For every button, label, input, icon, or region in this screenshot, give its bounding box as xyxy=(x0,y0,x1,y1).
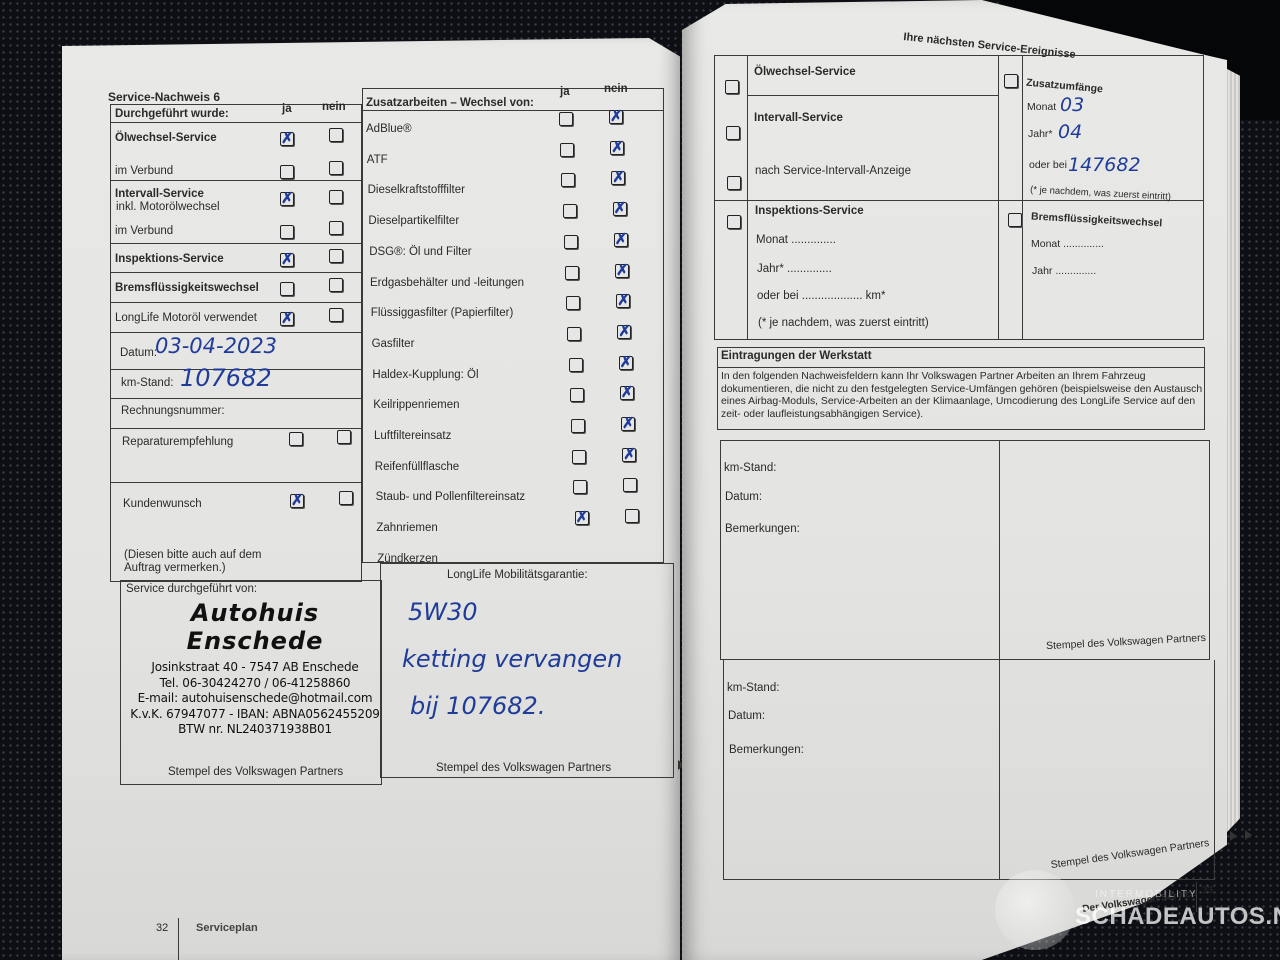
checkbox-nein[interactable] xyxy=(329,249,343,263)
footer-page-right: 33 xyxy=(1202,885,1213,896)
col-nein-2: nein xyxy=(604,83,628,95)
additional-item-label: DSG®: Öl und Filter xyxy=(369,246,471,258)
inspection-label: Inspektions-Service xyxy=(755,205,864,217)
performed-header: Durchgeführt wurde: xyxy=(115,108,229,120)
checkbox-brake[interactable] xyxy=(1008,213,1022,227)
checkbox-ja[interactable] xyxy=(280,132,294,146)
stamp-name-2: Enschede xyxy=(140,628,370,654)
checkbox-ja[interactable] xyxy=(559,112,573,126)
checkbox-nein[interactable] xyxy=(621,417,635,431)
additional-item-label: Dieselkraftstofffilter xyxy=(368,184,465,196)
brake-month: Monat .............. xyxy=(1031,238,1104,250)
stamp-kvk: K.v.K. 67947077 - IBAN: ABNA0562455209 xyxy=(130,707,380,721)
entry1-datum: Datum: xyxy=(725,491,762,503)
entry2-datum: Datum: xyxy=(728,710,765,722)
additional-item-label: Keilrippenriemen xyxy=(373,399,459,411)
performed-item-label: Bremsflüssigkeitswechsel xyxy=(115,282,259,294)
repair-label: Reparaturempfehlung xyxy=(122,436,233,448)
checkbox-nein[interactable] xyxy=(613,202,627,216)
checkbox-nein[interactable] xyxy=(329,278,343,292)
col-ja: ja xyxy=(282,103,292,115)
checkbox-ja[interactable] xyxy=(280,192,294,206)
checkbox-ja[interactable] xyxy=(565,266,579,280)
stamp-tel: Tel. 06-30424270 / 06-41258860 xyxy=(130,676,380,690)
checkbox-nein[interactable] xyxy=(611,171,625,185)
checkbox-ja[interactable] xyxy=(567,327,581,341)
checkbox-ja[interactable] xyxy=(280,282,294,296)
checkbox-ja[interactable] xyxy=(569,358,583,372)
additional-item-label: ATF xyxy=(367,154,388,166)
footer-page-left: 32 xyxy=(156,922,168,934)
col-ja-2: ja xyxy=(560,86,570,98)
checkbox-nein[interactable] xyxy=(614,233,628,247)
checkbox-extra[interactable] xyxy=(1004,74,1018,88)
checkbox-ja[interactable] xyxy=(566,296,580,310)
extra-km-value: 147682 xyxy=(1068,154,1141,176)
col-nein: nein xyxy=(322,101,346,113)
longlife-note-2: ketting vervangen xyxy=(402,645,622,673)
additional-item-label: Reifenfüllflasche xyxy=(375,461,459,473)
checkbox-ja[interactable] xyxy=(572,450,586,464)
checkbox-ja[interactable] xyxy=(280,225,294,239)
checkbox-ja[interactable] xyxy=(280,312,294,326)
stamp-email: E-mail: autohuisenschede@hotmail.com xyxy=(130,691,380,705)
additional-item-label: Gasfilter xyxy=(372,338,415,350)
checkbox-ja[interactable] xyxy=(571,419,585,433)
additional-item-label: Flüssiggasfilter (Papierfilter) xyxy=(371,307,514,319)
entry1-km: km-Stand: xyxy=(724,462,776,474)
checkbox-ja[interactable] xyxy=(570,388,584,402)
stamp-btw: BTW nr. NL240371938B01 xyxy=(130,722,380,736)
checkbox-nein[interactable] xyxy=(329,221,343,235)
datum-value: 03-04-2023 xyxy=(155,334,277,358)
checkbox-nein[interactable] xyxy=(622,448,636,462)
checkbox-repair-ja[interactable] xyxy=(289,432,303,446)
stamp-name-1: Autohuis xyxy=(140,600,370,626)
additional-item-label: Luftfiltereinsatz xyxy=(374,430,451,442)
checkbox-nein[interactable] xyxy=(329,308,343,322)
performed-item-label: im Verbund xyxy=(115,225,173,237)
performed-item-label: Intervall-Service xyxy=(115,188,204,200)
checkbox-ja[interactable] xyxy=(564,235,578,249)
additional-item-label: Zahnriemen xyxy=(376,522,437,534)
workshop-title: Eintragungen der Werkstatt xyxy=(721,350,872,362)
additional-item-label: Erdgasbehälter und -leitungen xyxy=(370,277,524,289)
extra-month-label: Monat xyxy=(1027,101,1056,113)
workshop-entry-1 xyxy=(720,440,1210,660)
checkbox-ja[interactable] xyxy=(280,253,294,267)
checkbox-customer-ja[interactable] xyxy=(290,494,304,508)
checkbox-nein[interactable] xyxy=(609,110,623,124)
longlife-note-3: bij 107682. xyxy=(410,692,545,720)
customer-note-2: Auftrag vermerken.) xyxy=(124,562,226,574)
performed-item-label: LongLife Motoröl verwendet xyxy=(115,312,257,324)
checkbox-nein[interactable] xyxy=(620,386,634,400)
additional-item-label: Staub- und Pollenfiltereinsatz xyxy=(376,491,526,503)
extra-year-label: Jahr* xyxy=(1028,128,1053,140)
checkbox-ja[interactable] xyxy=(560,143,574,157)
additional-item-label: Dieselpartikelfilter xyxy=(368,215,459,227)
oil-service-label: Ölwechsel-Service xyxy=(754,66,856,78)
checkbox-customer-nein[interactable] xyxy=(339,491,353,505)
performed-item-sublabel: inkl. Motorölwechsel xyxy=(116,201,220,213)
checkbox-nein[interactable] xyxy=(329,128,343,142)
checkbox-ja[interactable] xyxy=(280,165,294,179)
extra-year-value: 04 xyxy=(1058,121,1082,143)
interval-service-label: Intervall-Service xyxy=(754,112,843,124)
checkbox-interval-service[interactable] xyxy=(726,126,740,140)
workshop-text: In den folgenden Nachweisfeldern kann Ih… xyxy=(721,371,1203,421)
longlife-caption: Stempel des Volkswagen Partners xyxy=(436,762,611,774)
stamp-caption: Stempel des Volkswagen Partners xyxy=(168,766,343,778)
km-value: 107682 xyxy=(180,364,272,392)
checkbox-nein[interactable] xyxy=(623,478,637,492)
checkbox-oil-service[interactable] xyxy=(725,80,739,94)
next-page-arrow-icon-3 xyxy=(1245,830,1252,840)
entry1-bemerkungen: Bemerkungen: xyxy=(725,523,800,535)
inspection-year: Jahr* .............. xyxy=(757,263,832,275)
checkbox-inspection[interactable] xyxy=(727,215,741,229)
service-record-title: Service-Nachweis 6 xyxy=(108,90,220,104)
customer-request-label: Kundenwunsch xyxy=(123,498,202,510)
checkbox-ja[interactable] xyxy=(575,511,589,525)
longlife-label: LongLife Mobilitätsgarantie: xyxy=(447,569,588,581)
customer-note-1: (Diesen bitte auch auf dem xyxy=(124,549,261,561)
interval-display-label: nach Service-Intervall-Anzeige xyxy=(755,165,911,177)
checkbox-nein[interactable] xyxy=(617,325,631,339)
service-by-label: Service durchgeführt von: xyxy=(126,583,257,595)
invoice-label: Rechnungsnummer: xyxy=(121,405,225,417)
extra-month-value: 03 xyxy=(1060,94,1084,116)
brake-year: Jahr .............. xyxy=(1032,265,1096,277)
inspection-km: oder bei ................... km* xyxy=(757,290,885,302)
checkbox-nein[interactable] xyxy=(625,509,639,523)
inspection-note: (* je nachdem, was zuerst eintritt) xyxy=(758,317,929,329)
entry2-km: km-Stand: xyxy=(727,682,779,694)
checkbox-ja[interactable] xyxy=(573,480,587,494)
km-label: km-Stand: xyxy=(121,377,173,389)
footer-section-left: Serviceplan xyxy=(196,922,258,934)
longlife-note-1: 5W30 xyxy=(408,598,478,626)
checkbox-interval-display[interactable] xyxy=(727,176,741,190)
inspection-month: Monat .............. xyxy=(756,234,836,246)
checkbox-ja[interactable] xyxy=(563,204,577,218)
checkbox-nein[interactable] xyxy=(616,294,630,308)
performed-item-label: Inspektions-Service xyxy=(115,253,224,265)
additional-item-label: Haldex-Kupplung: Öl xyxy=(372,369,478,381)
checkbox-nein[interactable] xyxy=(619,356,633,370)
checkbox-nein[interactable] xyxy=(615,264,629,278)
additional-item-label: AdBlue® xyxy=(366,123,412,135)
performed-item-label: im Verbund xyxy=(115,165,173,177)
entry2-bemerkungen: Bemerkungen: xyxy=(729,744,804,756)
checkbox-nein[interactable] xyxy=(610,141,624,155)
checkbox-repair-nein[interactable] xyxy=(337,430,351,444)
extra-km-label: oder bei xyxy=(1029,159,1067,171)
performed-item-label: Ölwechsel-Service xyxy=(115,132,217,144)
stamp-address: Josinkstraat 40 - 7547 AB Enschede xyxy=(130,660,380,674)
checkbox-nein[interactable] xyxy=(329,190,343,204)
additional-header: Zusatzarbeiten – Wechsel von: xyxy=(366,97,534,109)
next-page-arrow-icon-2 xyxy=(1230,831,1237,841)
datum-label: Datum: xyxy=(120,347,157,359)
checkbox-ja[interactable] xyxy=(561,173,575,187)
checkbox-nein[interactable] xyxy=(329,161,343,175)
